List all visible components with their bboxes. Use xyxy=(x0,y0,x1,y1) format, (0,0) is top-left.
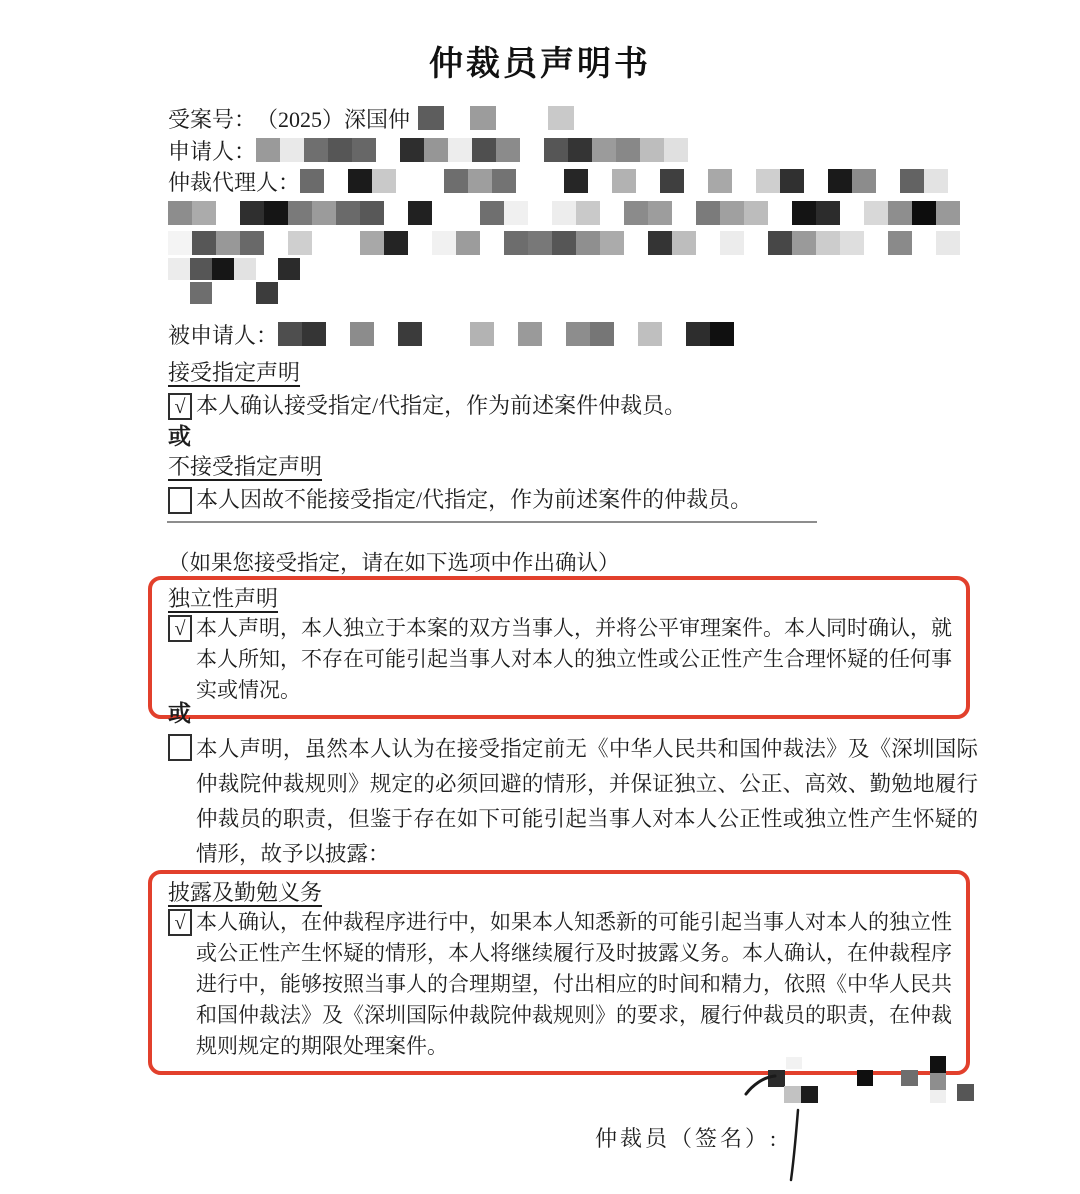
case-number-value: （2025）深国仲 xyxy=(256,103,410,134)
decline-checkbox xyxy=(168,487,192,514)
accept-declaration-text: 本人确认接受指定/代指定，作为前述案件仲裁员。 xyxy=(196,390,686,422)
alternative-disclosure-checkbox xyxy=(168,734,192,761)
redacted-agent-blocks xyxy=(300,169,972,193)
or-label-2: 或 xyxy=(168,699,988,729)
independence-row: √ 本人声明，本人独立于本案的双方当事人，并将公平审理案件。本人同时确认，就本人… xyxy=(168,613,952,706)
case-header: 受案号：（2025）深国仲 申请人： 仲裁代理人： 被申请人： xyxy=(168,102,1028,350)
alternative-disclosure-section: 或 本人声明，虽然本人认为在接受指定前无《中华人民共和国仲裁法》及《深圳国际仲裁… xyxy=(168,699,988,872)
diligence-text: 本人确认，在仲裁程序进行中，如果本人知悉新的可能引起当事人对本人的独立性或公正性… xyxy=(196,907,952,1062)
diligence-row: √ 本人确认，在仲裁程序进行中，如果本人知悉新的可能引起当事人对本人的独立性或公… xyxy=(168,907,952,1062)
case-number-line: 受案号：（2025）深国仲 xyxy=(168,102,1028,134)
accept-checkbox: √ xyxy=(168,393,192,420)
confirmation-note: （如果您接受指定，请在如下选项中作出确认） xyxy=(168,546,620,577)
highlight-box-diligence: 披露及勤勉义务 √ 本人确认，在仲裁程序进行中，如果本人知悉新的可能引起当事人对… xyxy=(148,870,970,1075)
independence-checkbox: √ xyxy=(168,615,192,642)
agent-label: 仲裁代理人： xyxy=(168,166,300,197)
redacted-cluster-b xyxy=(168,282,1028,304)
independence-text: 本人声明，本人独立于本案的双方当事人，并将公平审理案件。本人同时确认，就本人所知… xyxy=(196,613,952,706)
applicant-label: 申请人： xyxy=(168,135,256,166)
case-number-label: 受案号： xyxy=(168,103,256,134)
decline-declaration-heading: 不接受指定声明 xyxy=(168,452,322,482)
redacted-case-number-blocks xyxy=(418,106,574,130)
diligence-heading: 披露及勤勉义务 xyxy=(168,879,322,906)
decline-declaration-row: 本人因故不能接受指定/代指定，作为前述案件的仲裁员。 xyxy=(168,484,868,516)
agent-line: 仲裁代理人： xyxy=(168,166,1028,196)
acceptance-section: 接受指定声明 √ 本人确认接受指定/代指定，作为前述案件仲裁员。 或 不接受指定… xyxy=(168,358,868,516)
signature-pen-strokes xyxy=(740,1050,1000,1190)
section-divider xyxy=(167,521,817,523)
or-label: 或 xyxy=(168,422,868,452)
accept-declaration-row: √ 本人确认接受指定/代指定，作为前述案件仲裁员。 xyxy=(168,390,868,422)
diligence-checkbox: √ xyxy=(168,909,192,936)
alternative-disclosure-text: 本人声明，虽然本人认为在接受指定前无《中华人民共和国仲裁法》及《深圳国际仲裁院仲… xyxy=(196,732,978,872)
document-title: 仲裁员声明书 xyxy=(0,36,1080,85)
respondent-line: 被申请人： xyxy=(168,318,1028,350)
redacted-respondent-blocks xyxy=(278,322,734,346)
alternative-disclosure-row: 本人声明，虽然本人认为在接受指定前无《中华人民共和国仲裁法》及《深圳国际仲裁院仲… xyxy=(168,732,988,872)
highlight-box-independence: 独立性声明 √ 本人声明，本人独立于本案的双方当事人，并将公平审理案件。本人同时… xyxy=(148,576,970,719)
redacted-row-1 xyxy=(168,200,1028,226)
decline-declaration-text: 本人因故不能接受指定/代指定，作为前述案件的仲裁员。 xyxy=(196,484,752,516)
respondent-label: 被申请人： xyxy=(168,319,278,350)
checkmark-glyph: √ xyxy=(175,913,186,933)
checkmark-glyph: √ xyxy=(175,619,186,639)
redacted-row-2 xyxy=(168,230,1028,256)
independence-heading: 独立性声明 xyxy=(168,585,278,612)
redacted-cluster-a xyxy=(168,258,1028,280)
checkmark-glyph: √ xyxy=(175,397,186,417)
document-page: 仲裁员声明书 受案号：（2025）深国仲 申请人： 仲裁代理人： 被申请人： 接… xyxy=(0,0,1080,1194)
accept-declaration-heading: 接受指定声明 xyxy=(168,358,300,388)
applicant-line: 申请人： xyxy=(168,134,1028,166)
redacted-applicant-blocks xyxy=(256,138,688,162)
